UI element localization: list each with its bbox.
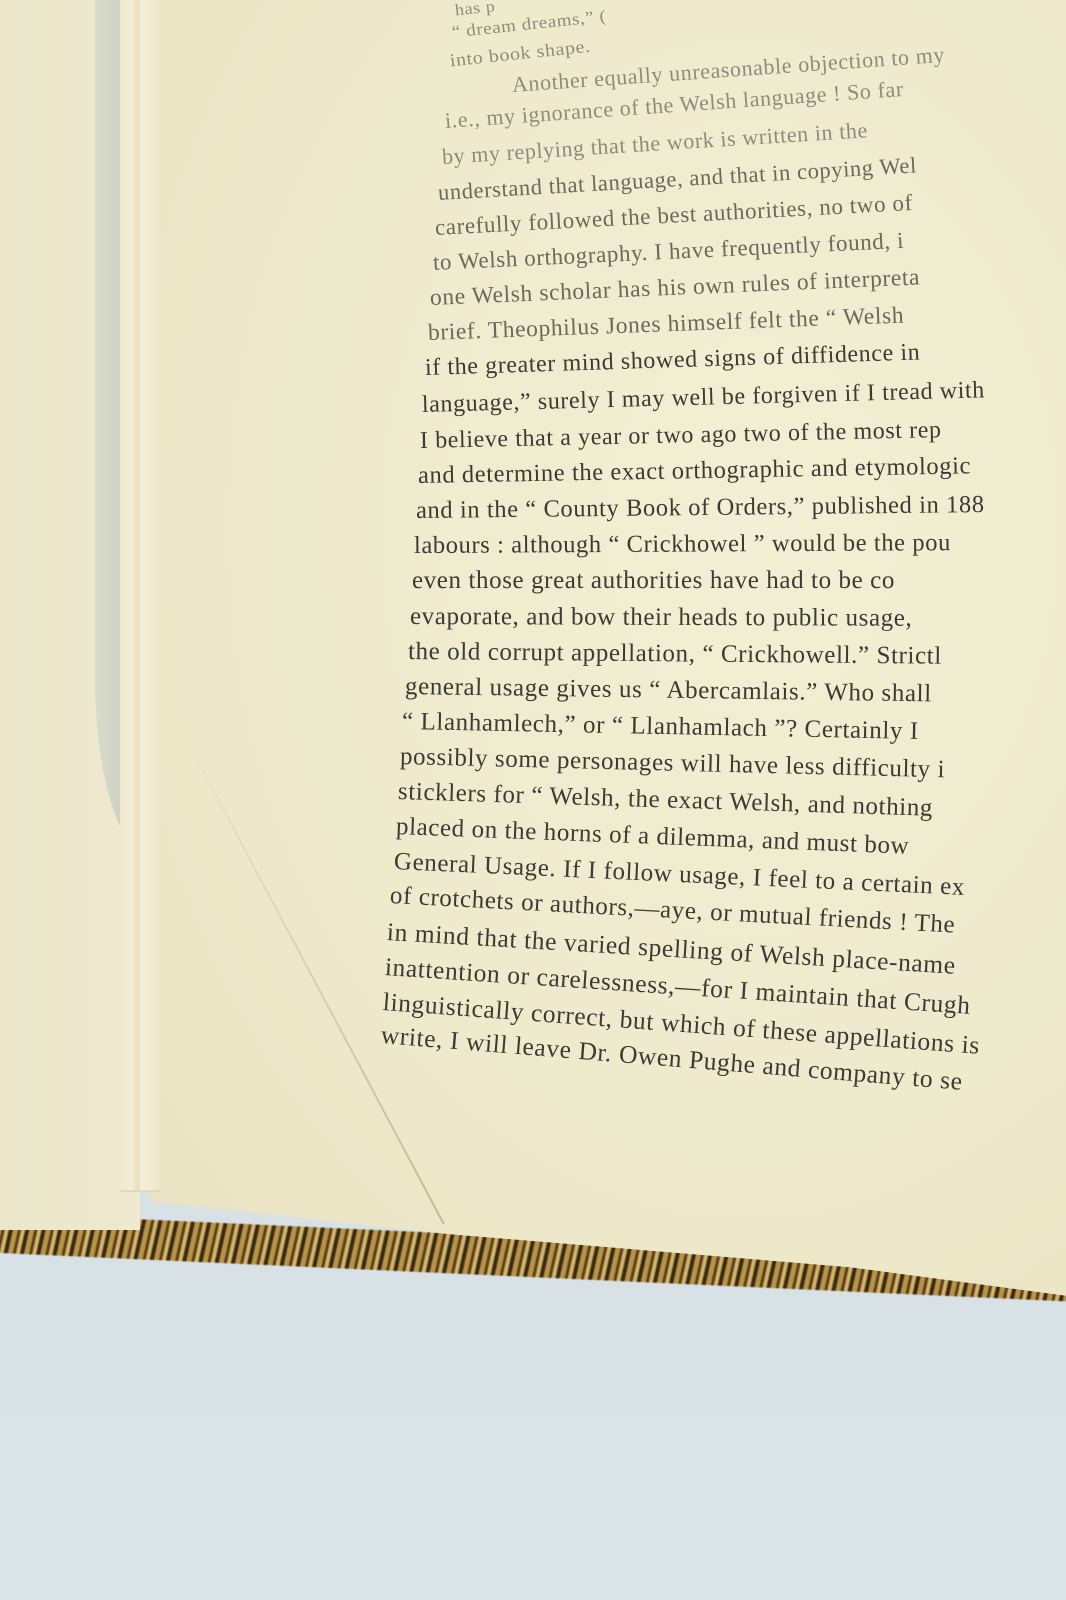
text-line: the old corrupt appellation, “ Crickhowe… xyxy=(408,638,942,671)
text-line: “ Llanhamlech,” or “ Llanhamlach ”? Cert… xyxy=(402,708,919,746)
text-line: I believe that a year or two ago two of … xyxy=(420,417,942,455)
book-photo: has p “ dream dreams,” ( into book shape… xyxy=(0,0,1066,1600)
page-text-block: has p “ dream dreams,” ( into book shape… xyxy=(0,0,1066,1100)
text-line: if the greater mind showed signs of diff… xyxy=(425,339,921,382)
text-line: brief. Theophilus Jones himself felt the… xyxy=(428,303,905,347)
text-line: has p xyxy=(454,0,496,20)
text-line: labours : although “ Crickhowel ” would … xyxy=(414,529,951,560)
text-line: language,” surely I may well be forgiven… xyxy=(422,377,985,419)
text-line: and in the “ County Book of Orders,” pub… xyxy=(416,491,985,525)
text-line: even those great authorities have had to… xyxy=(412,567,895,595)
text-line: into book shape. xyxy=(449,36,592,71)
text-line: general usage gives us “ Abercamlais.” W… xyxy=(405,673,932,708)
text-line: evaporate, and bow their heads to public… xyxy=(410,603,912,633)
text-line: possibly some personages will have less … xyxy=(400,743,946,784)
text-line: and determine the exact orthographic and… xyxy=(418,452,971,490)
